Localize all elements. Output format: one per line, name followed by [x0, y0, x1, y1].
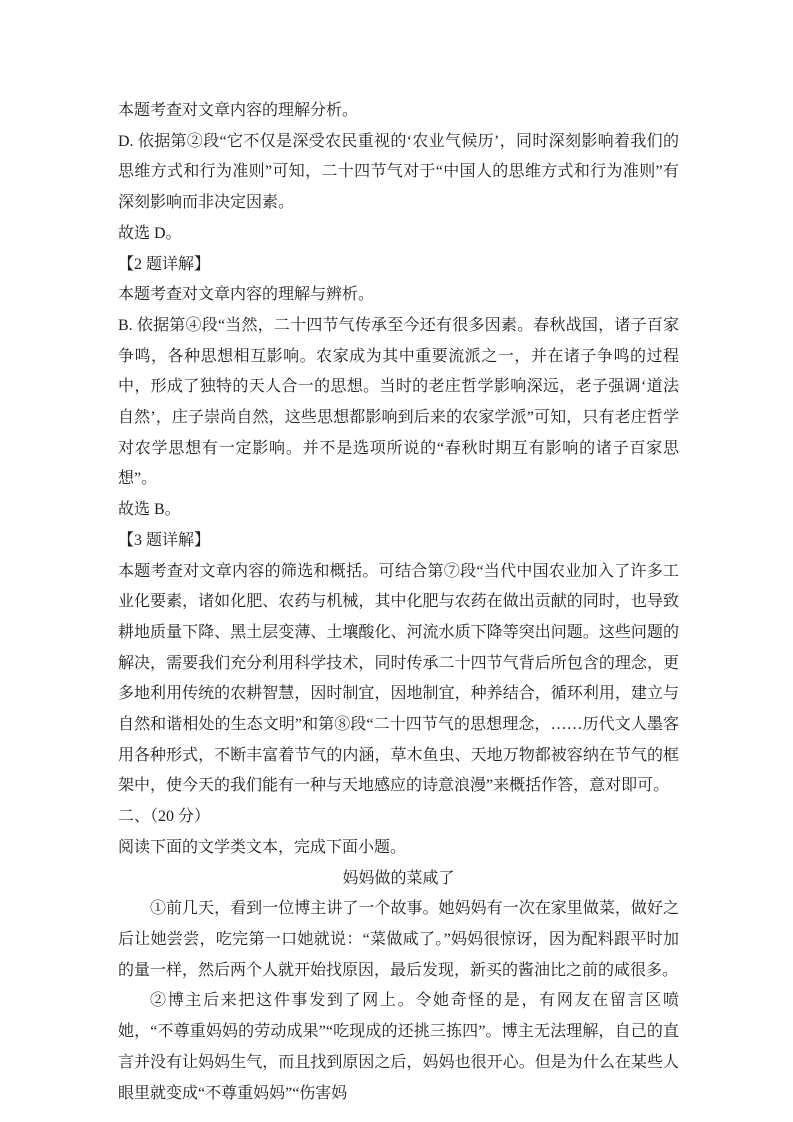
q1-option-d-analysis: D. 依据第②段“它不仅是深受农民重视的‘农业气候历’，同时深刻影响着我们的思维… — [118, 127, 679, 219]
q2-explanation-intro: 本题考查对文章内容的理解与辨析。 — [118, 280, 679, 311]
q3-explanation-header: 【3 题详解】 — [118, 526, 679, 557]
q1-explanation-intro: 本题考查对文章内容的理解分析。 — [118, 96, 679, 127]
essay-paragraph-1: ①前几天，看到一位博主讲了一个故事。她妈妈有一次在家里做菜，做好之后让她尝尝，吃… — [118, 894, 679, 986]
q2-explanation-header: 【2 题详解】 — [118, 250, 679, 281]
q2-conclusion: 故选 B。 — [118, 495, 679, 526]
essay-paragraph-2: ②博主后来把这件事发到了网上。令她奇怪的是，有网友在留言区喷她，“不尊重妈妈的劳… — [118, 986, 679, 1109]
q1-conclusion: 故选 D。 — [118, 219, 679, 250]
document-page: 本题考查对文章内容的理解分析。 D. 依据第②段“它不仅是深受农民重视的‘农业气… — [0, 0, 793, 1122]
q2-option-b-analysis: B. 依据第④段“当然，二十四节气传承至今还有很多因素。春秋战国，诸子百家争鸣，… — [118, 311, 679, 495]
section-two-instruction: 阅读下面的文学类文本，完成下面小题。 — [118, 833, 679, 864]
q3-explanation-analysis: 本题考查对文章内容的筛选和概括。可结合第⑦段“当代中国农业加入了许多工业化要素，… — [118, 557, 679, 803]
section-two-heading: 二、（20 分） — [118, 802, 679, 833]
essay-title: 妈妈做的菜咸了 — [118, 864, 679, 895]
